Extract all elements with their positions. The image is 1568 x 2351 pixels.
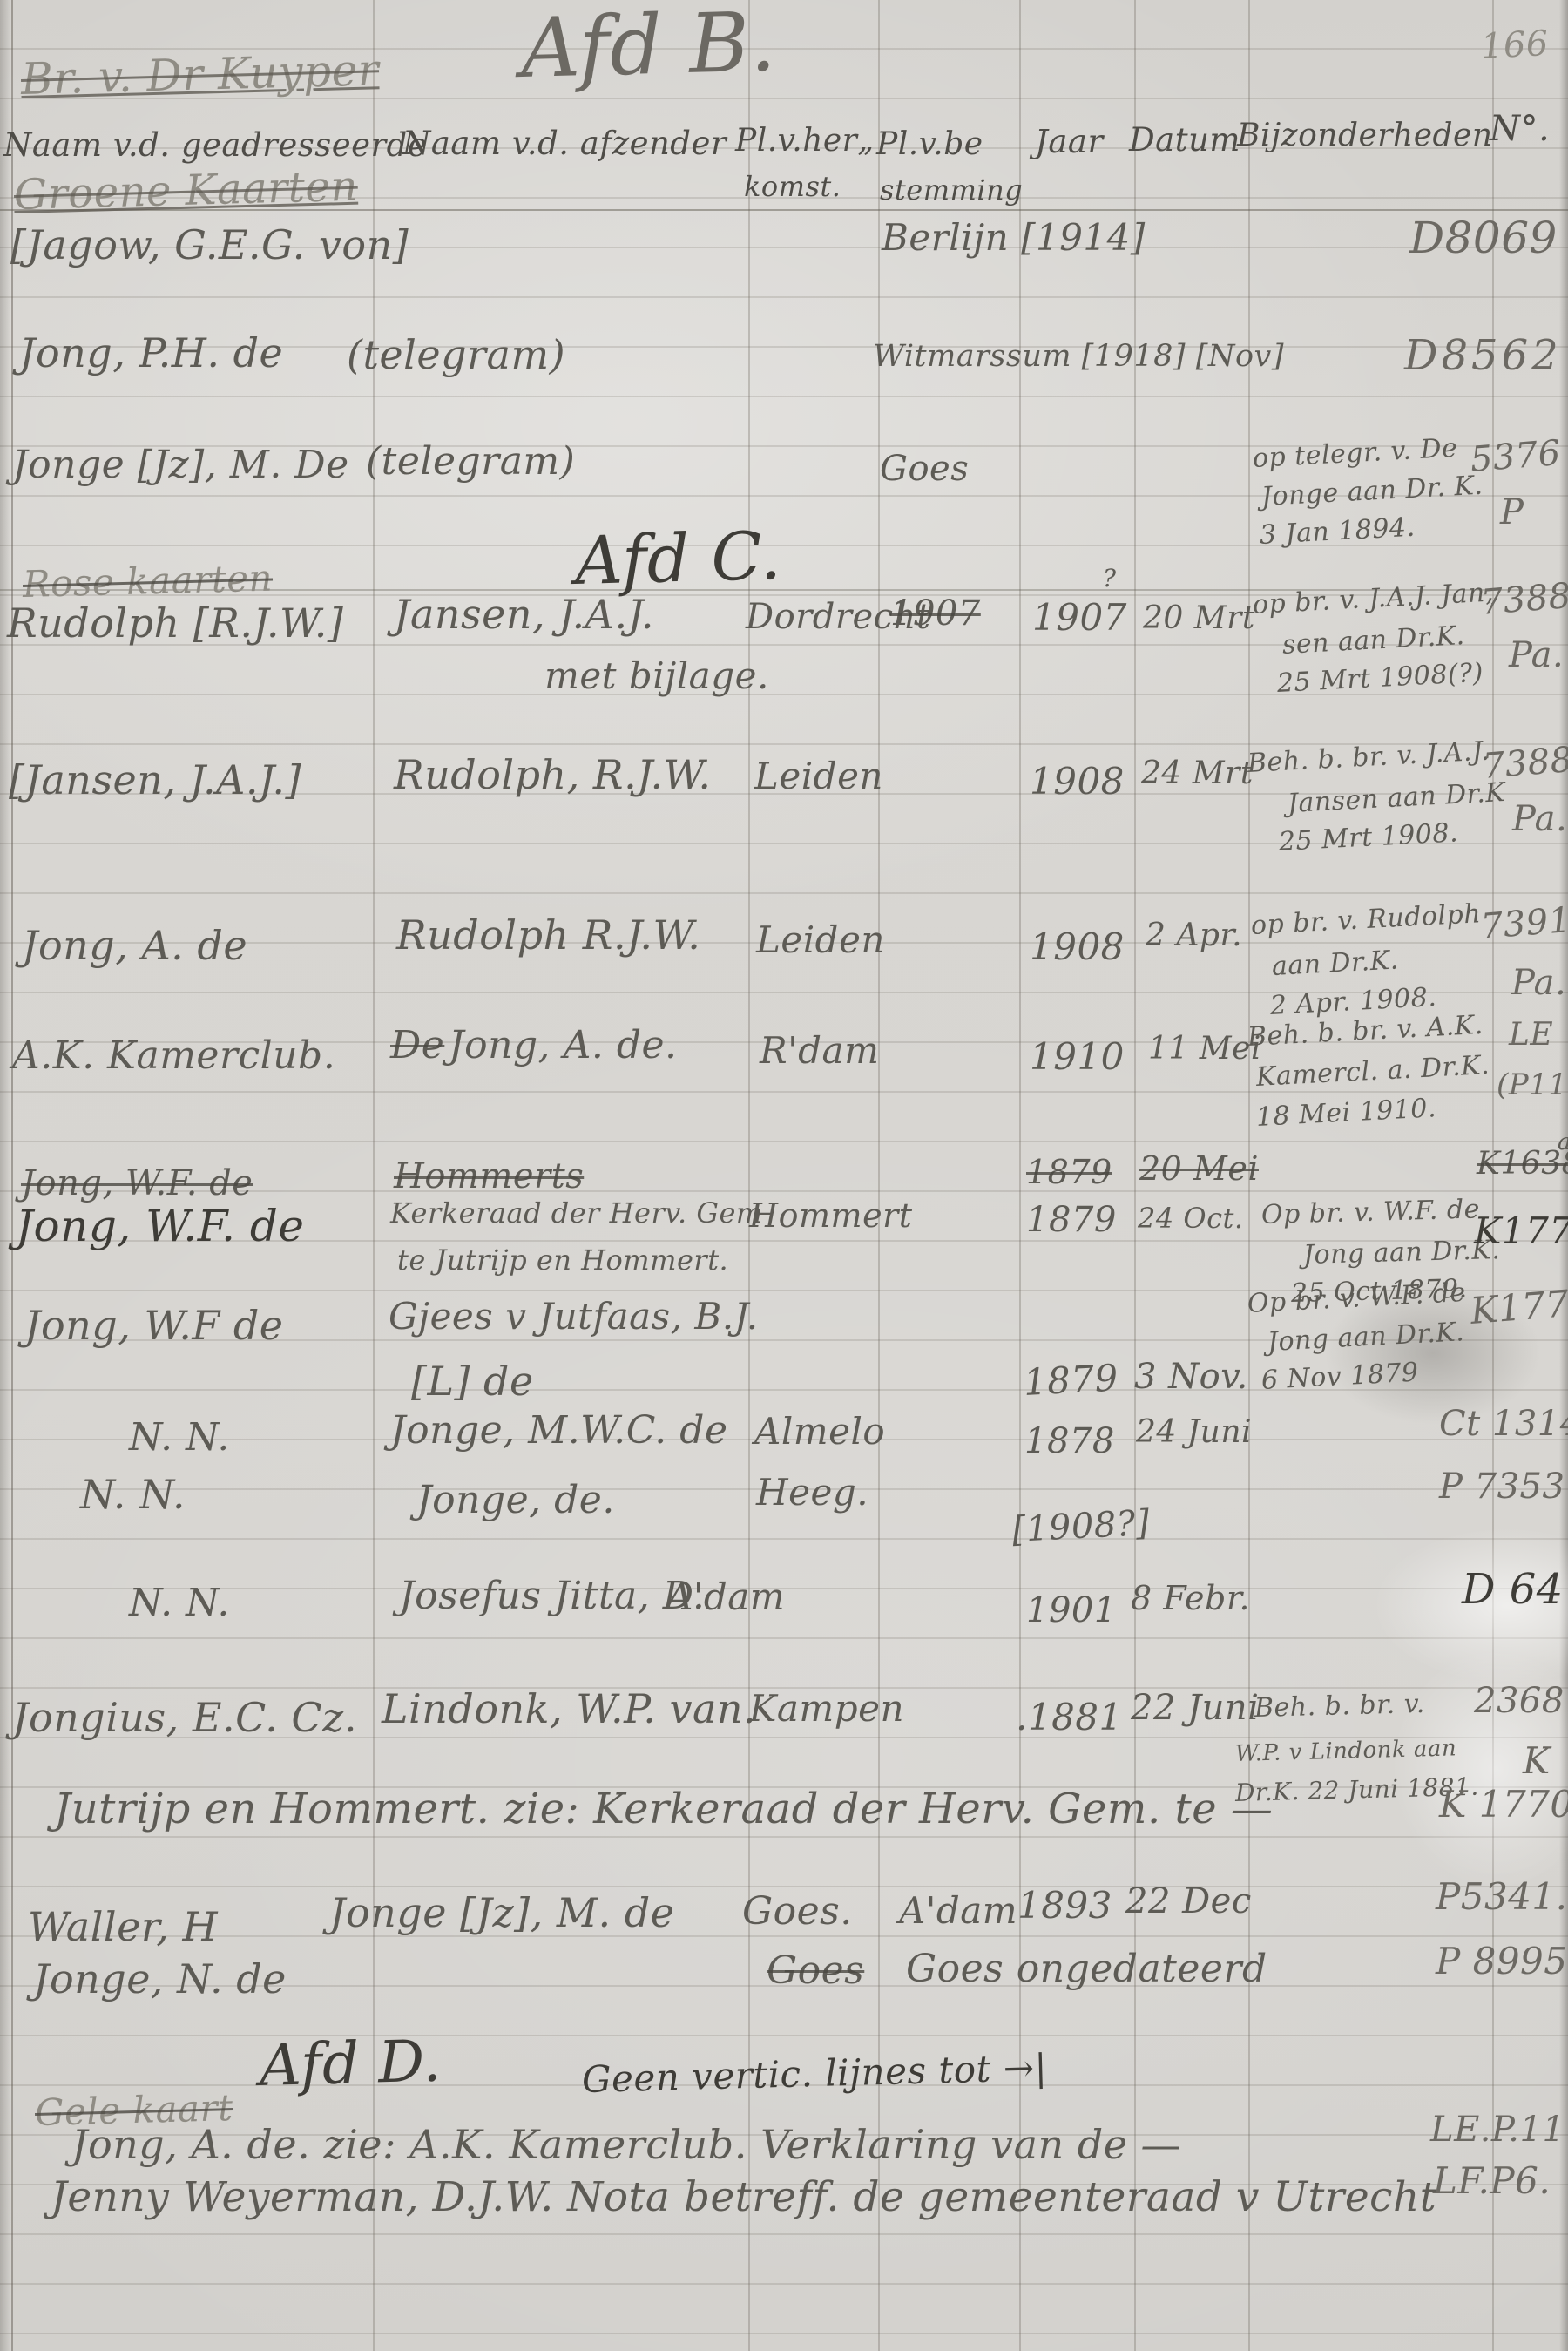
- entry-nn-heeg-addressee: N. N.: [80, 1474, 186, 1514]
- entry-jong-wf-date: 24 Oct.: [1138, 1204, 1244, 1232]
- entry-jong-wf-remarks-1: Op br. v. W.F. de: [1261, 1196, 1481, 1229]
- entry-jong-wf-struck-sender: Hommerts: [394, 1159, 584, 1194]
- entry-nn-almelo-number: Ct 1314a: [1439, 1406, 1568, 1441]
- entry-jonge-jz-number-1: 5376: [1469, 436, 1562, 478]
- entry-jonge-jz-sender: (telegram): [366, 443, 575, 481]
- entry-jong-ph-number: D8562: [1404, 335, 1562, 376]
- entry-nn-almelo-addressee: N. N.: [129, 1419, 230, 1457]
- entry-rudolph-date: 20 Mrt: [1143, 603, 1255, 634]
- entry-jong-wf-origin: Hommert: [749, 1199, 913, 1232]
- entry-waller-date: 22 Dec: [1125, 1884, 1252, 1919]
- entry-nn-jitta-date: 8 Febr.: [1131, 1582, 1250, 1615]
- entry-jong-wf2-sender-2: [L] de: [411, 1361, 534, 1401]
- entry-jong-a-ref-text: Jong, A. de. zie: A.K. Kamerclub. Verkla…: [71, 2124, 1181, 2165]
- entry-jonge-jz-number-2: P: [1500, 495, 1524, 530]
- col-header-destination-line2: stemming: [880, 176, 1023, 204]
- entry-waller-number: P5341.: [1436, 1879, 1568, 1915]
- entry-jansen-number-1: 7388: [1481, 742, 1568, 784]
- entry-waller-origin: Goes.: [742, 1893, 853, 1931]
- col-header-origin-line1: Pl.v.her„: [735, 125, 875, 157]
- entry-jong-a-origin: Leiden: [756, 922, 885, 959]
- page-number: 166: [1480, 26, 1550, 64]
- col-header-date: Datum: [1129, 124, 1240, 156]
- entry-jonge-n-addressee: Jonge, N. de: [33, 1959, 287, 1999]
- section-d-title: Afd D.: [259, 2033, 442, 2095]
- entry-kamerclub-addressee: A.K. Kamerclub.: [12, 1037, 335, 1075]
- entry-nn-jitta-number: D 6471: [1462, 1568, 1568, 1610]
- entry-jansen-number-2: Pa.: [1512, 802, 1567, 837]
- entry-jongius-sender: Lindonk, W.P. van.: [382, 1689, 756, 1729]
- entry-nn-heeg-number: P 7353: [1439, 1469, 1565, 1504]
- crossed-note-top-left: Br. v. Dr Kuyper: [20, 48, 379, 101]
- section-b-title: Afd B.: [520, 2, 777, 91]
- entry-jong-wf-struck-year: 1879: [1026, 1155, 1112, 1189]
- entry-jonge-n-destination: Goes ongedateerd: [906, 1950, 1267, 1989]
- entry-jonge-n-number: P 8995: [1436, 1943, 1568, 1980]
- entry-nn-almelo-year: 1878: [1024, 1424, 1115, 1459]
- col-header-addressee: Naam v.d. geadresseerde: [3, 129, 427, 161]
- entry-jansen-date: 24 Mrt: [1141, 758, 1254, 789]
- entry-jongius-number-2: K: [1523, 1743, 1551, 1779]
- entry-jutrijp-ref-text: Jutrijp en Hommert. zie: Kerkeraad der H…: [54, 1788, 1273, 1830]
- entry-kamerclub-number-1: LE: [1509, 1020, 1553, 1051]
- entry-jansen-sender: Rudolph, R.J.W.: [394, 755, 712, 795]
- entry-jongius-remarks-1: Beh. b. br. v.: [1254, 1691, 1425, 1722]
- entry-jongius-remarks-2: W.P. v Lindonk aan: [1235, 1737, 1457, 1765]
- column-line: [11, 0, 13, 2351]
- entry-nn-jitta-sender: Josefus Jitta, D.: [399, 1577, 705, 1616]
- entry-jagow-number: D8069: [1409, 216, 1558, 260]
- entry-nn-jitta-year: 1901: [1026, 1593, 1117, 1628]
- crossed-note-rose-cards: Rose kaarten: [22, 559, 273, 603]
- entry-rudolph-addressee: Rudolph [R.J.W.]: [7, 603, 343, 643]
- entry-jong-wf-sender-1: Kerkeraad der Herv. Gem: [390, 1199, 763, 1227]
- entry-nn-almelo-sender: Jonge, M.W.C. de: [390, 1412, 727, 1450]
- entry-rudolph-origin-struck: 1907: [890, 596, 981, 631]
- entry-nn-jitta-origin: A'dam: [666, 1579, 785, 1616]
- entry-jong-a-number-1: 7391: [1479, 903, 1568, 945]
- entry-nn-heeg-year: [1908?]: [1011, 1506, 1151, 1548]
- entry-jong-wf2-sender-1: Gjees v Jutfaas, B.J.: [389, 1298, 759, 1335]
- entry-jansen-year: 1908: [1030, 763, 1125, 800]
- entry-jong-wf-struck-date: 20 Mei: [1139, 1152, 1259, 1185]
- entry-jonge-n-destination-struck: Goes: [767, 1952, 864, 1990]
- entry-rudolph-year: 1907: [1032, 600, 1127, 636]
- col-header-origin-line2: komst.: [744, 173, 841, 200]
- entry-waller-year: 1893: [1017, 1887, 1112, 1924]
- entry-jenny-number: LF.P6.: [1433, 2163, 1551, 2199]
- entry-jagow-addressee: [Jagow, G.E.G. von]: [10, 225, 409, 265]
- entry-jong-wf2-year: 1879: [1023, 1359, 1119, 1401]
- entry-rudolph-number-1: 7388: [1479, 579, 1568, 620]
- entry-kamerclub-number-2: (P11: [1497, 1070, 1567, 1100]
- entry-nn-heeg-sender: Jonge, de.: [416, 1481, 615, 1520]
- entry-jong-wf2-number: K1777: [1469, 1284, 1568, 1330]
- entry-jongius-origin: Kampen: [749, 1690, 904, 1727]
- entry-jagow-destination: Berlijn [1914]: [882, 220, 1146, 256]
- crossed-note-green-cards: Groene Kaarten: [13, 166, 358, 216]
- col-header-sender: Naam v.d. afzender: [402, 127, 727, 159]
- entry-jong-ph-destination: Witmarssum [1918] [Nov]: [873, 342, 1284, 372]
- entry-jongius-number-1: 2368: [1474, 1684, 1565, 1718]
- entry-jong-wf2-date: 3 Nov.: [1134, 1359, 1248, 1394]
- entry-jonge-jz-addressee: Jonge [Jz], M. De: [12, 446, 349, 484]
- entry-rudolph-year-sup: ?: [1103, 566, 1117, 591]
- entry-waller-addressee: Waller, H: [28, 1907, 218, 1947]
- entry-jutrijp-ref-number: K 1770: [1439, 1786, 1568, 1823]
- entry-jongius-year: .1881: [1016, 1699, 1123, 1736]
- entry-waller-sender: Jonge [Jz], M. de: [329, 1893, 674, 1933]
- entry-jongius-date: 22 Juni: [1131, 1690, 1259, 1725]
- entry-jonge-jz-destination: Goes: [880, 451, 969, 486]
- col-header-number: N°.: [1490, 112, 1550, 146]
- col-header-remarks: Bijzonderheden: [1237, 120, 1493, 152]
- entry-jong-a-year: 1908: [1030, 929, 1125, 965]
- entry-jong-wf-struck-addressee: Jong, W.F. de: [21, 1166, 253, 1201]
- entry-kamerclub-sender-struck: De: [390, 1026, 444, 1065]
- page-left-edge: [0, 0, 10, 2351]
- entry-jong-wf-year: 1879: [1026, 1203, 1117, 1237]
- entry-jong-wf-addressee: Jong, W.F. de: [16, 1204, 304, 1248]
- column-line: [748, 0, 750, 2351]
- entry-rudolph-number-2: Pa.: [1509, 638, 1564, 673]
- entry-jong-a-addressee: Jong, A. de: [22, 925, 247, 965]
- entry-rudolph-sender: Jansen, J.A.J.: [394, 594, 654, 634]
- section-c-title: Afd C.: [574, 523, 782, 594]
- entry-jongius-addressee: Jongius, E.C. Cz.: [12, 1697, 357, 1738]
- entry-kamerclub-origin: R'dam: [760, 1033, 879, 1069]
- entry-nn-heeg-origin: Heeg.: [756, 1474, 868, 1511]
- col-header-destination-line1: Pl.v.be: [876, 129, 983, 160]
- entry-jong-ph-addressee: Jong, P.H. de: [19, 333, 283, 373]
- entry-jong-wf2-addressee: Jong, W.F de: [24, 1305, 284, 1345]
- col-header-year: Jaar: [1035, 125, 1104, 158]
- entry-jong-a-sender: Rudolph R.J.W.: [396, 915, 700, 955]
- entry-nn-almelo-origin: Almelo: [754, 1413, 885, 1450]
- entry-kamerclub-sender: Jong, A. de.: [449, 1026, 678, 1065]
- entry-kamerclub-year: 1910: [1030, 1039, 1125, 1075]
- entry-kamerclub-date: 11 Mei: [1148, 1033, 1261, 1065]
- entry-waller-destination: A'dam: [899, 1893, 1017, 1929]
- entry-jansen-origin: Leiden: [754, 758, 883, 795]
- entry-rudolph-sender-note: met bijlage.: [544, 658, 769, 694]
- entry-jong-wf-sender-2: te Jutrijp en Hommert.: [397, 1246, 728, 1274]
- entry-jong-wf-struck-number-sup: a: [1558, 1131, 1568, 1154]
- entry-jansen-addressee: [Jansen, J.A.J.]: [9, 760, 301, 800]
- ledger-page: 166 Afd B. Br. v. Dr Kuyper Naam v.d. ge…: [0, 0, 1568, 2351]
- entry-nn-almelo-date: 24 Juni: [1136, 1417, 1252, 1448]
- entry-jong-a-ref-number: LE.P.11: [1430, 2112, 1565, 2147]
- entry-jong-a-remarks-2: aan Dr.K.: [1271, 947, 1399, 980]
- entry-jong-wf-number: K1770: [1474, 1213, 1568, 1250]
- entry-jong-wf-struck-number: K1638: [1477, 1148, 1568, 1180]
- entry-jong-a-number-2: Pa.: [1511, 965, 1566, 1000]
- entry-jenny-text: Jenny Weyerman, D.J.W. Nota betreff. de …: [51, 2177, 1436, 2218]
- entry-jong-wf-remarks-2: Jong aan Dr.K.: [1303, 1237, 1501, 1269]
- entry-jong-a-date: 2 Apr.: [1146, 920, 1242, 952]
- entry-jong-ph-sender: (telegram): [347, 335, 565, 375]
- entry-nn-jitta-addressee: N. N.: [129, 1584, 230, 1623]
